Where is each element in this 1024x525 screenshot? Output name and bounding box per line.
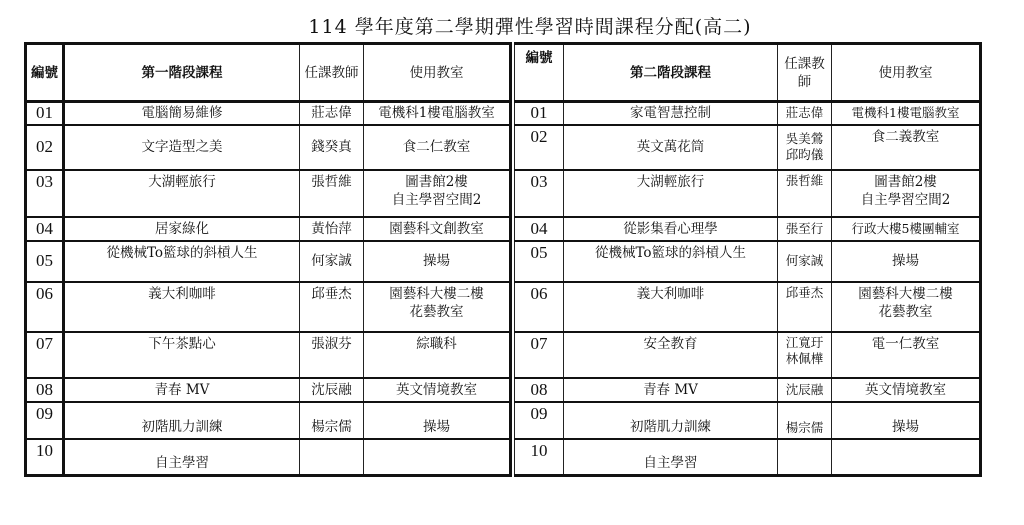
row-teacher: 沈辰融 <box>778 378 832 402</box>
row-room: 電一仁教室 <box>832 332 981 378</box>
table-row: 08 青春 MV 沈辰融 英文情境教室 <box>515 378 981 402</box>
teacher-line-2: 邱昀儀 <box>778 147 831 163</box>
header-teacher: 任課教師 <box>778 44 832 102</box>
table-row: 02 文字造型之美 錢癸真 食二仁教室 <box>26 125 511 170</box>
table-row: 05 從機械To籃球的斜槓人生 何家誠 操場 <box>515 241 981 282</box>
room-line-1: 圖書館2樓 <box>364 173 509 191</box>
row-id: 03 <box>26 170 64 217</box>
table-row: 07 安全教育 江寬玗 林佩樺 電一仁教室 <box>515 332 981 378</box>
table-row: 09 初階肌力訓練 楊宗儒 操場 <box>515 402 981 439</box>
stage1-header-row: 編號 第一階段課程 任課教師 使用教室 <box>26 44 511 102</box>
row-room: 食二義教室 <box>832 125 981 170</box>
header-room: 使用教室 <box>364 44 511 102</box>
row-course: 自主學習 <box>564 439 778 476</box>
row-course: 初階肌力訓練 <box>564 402 778 439</box>
row-course: 從機械To籃球的斜槓人生 <box>64 241 300 282</box>
table-row: 01 家電智慧控制 莊志偉 電機科1樓電腦教室 <box>515 102 981 125</box>
row-room: 食二仁教室 <box>364 125 511 170</box>
row-room: 圖書館2樓 自主學習空間2 <box>832 170 981 217</box>
table-row: 07 下午茶點心 張淑芬 綜職科 <box>26 332 511 378</box>
row-room: 操場 <box>832 241 981 282</box>
row-teacher: 黃怡萍 <box>300 217 364 241</box>
room-line-1: 圖書館2樓 <box>832 173 979 191</box>
row-course: 從影集看心理學 <box>564 217 778 241</box>
row-id: 08 <box>515 378 564 402</box>
row-id: 06 <box>515 282 564 332</box>
row-course: 義大利咖啡 <box>564 282 778 332</box>
header-teacher: 任課教師 <box>300 44 364 102</box>
room-line-2: 自主學習空間2 <box>832 191 979 209</box>
room-line-1: 園藝科大樓二樓 <box>364 285 509 303</box>
stage1-table: 編號 第一階段課程 任課教師 使用教室 01 電腦簡易維修 莊志偉 電機科1樓電… <box>24 42 512 477</box>
row-course: 電腦簡易維修 <box>64 102 300 125</box>
row-room: 英文情境教室 <box>832 378 981 402</box>
row-teacher <box>300 439 364 476</box>
stage2-header-row: 編號 第二階段課程 任課教師 使用教室 <box>515 44 981 102</box>
row-id: 03 <box>515 170 564 217</box>
row-teacher: 何家誠 <box>778 241 832 282</box>
row-id: 06 <box>26 282 64 332</box>
row-teacher: 何家誠 <box>300 241 364 282</box>
row-id: 04 <box>515 217 564 241</box>
row-room: 行政大樓5樓團輔室 <box>832 217 981 241</box>
header-course: 第一階段課程 <box>64 44 300 102</box>
row-room: 園藝科大樓二樓 花藝教室 <box>364 282 511 332</box>
row-course: 居家綠化 <box>64 217 300 241</box>
table-row: 02 英文萬花筒 吳美鶯 邱昀儀 食二義教室 <box>515 125 981 170</box>
row-course: 義大利咖啡 <box>64 282 300 332</box>
row-course: 大湖輕旅行 <box>564 170 778 217</box>
row-course: 文字造型之美 <box>64 125 300 170</box>
row-id: 05 <box>26 241 64 282</box>
row-teacher: 張至行 <box>778 217 832 241</box>
row-course: 從機械To籃球的斜槓人生 <box>564 241 778 282</box>
room-line-2: 花藝教室 <box>364 303 509 321</box>
row-room: 園藝科大樓二樓 花藝教室 <box>832 282 981 332</box>
row-teacher: 江寬玗 林佩樺 <box>778 332 832 378</box>
row-teacher: 莊志偉 <box>778 102 832 125</box>
row-course: 英文萬花筒 <box>564 125 778 170</box>
row-id: 02 <box>515 125 564 170</box>
stage2-table: 編號 第二階段課程 任課教師 使用教室 01 家電智慧控制 莊志偉 電機科1樓電… <box>514 42 982 477</box>
page-title: 114 學年度第二學期彈性學習時間課程分配(高二) <box>0 12 1024 39</box>
row-id: 01 <box>515 102 564 125</box>
row-teacher: 錢癸真 <box>300 125 364 170</box>
row-id: 09 <box>515 402 564 439</box>
header-room: 使用教室 <box>832 44 981 102</box>
row-room <box>832 439 981 476</box>
row-id: 01 <box>26 102 64 125</box>
row-room: 操場 <box>364 241 511 282</box>
row-room: 綜職科 <box>364 332 511 378</box>
row-room: 英文情境教室 <box>364 378 511 402</box>
table-row: 10 自主學習 <box>515 439 981 476</box>
row-id: 08 <box>26 378 64 402</box>
table-row: 03 大湖輕旅行 張哲維 圖書館2樓 自主學習空間2 <box>26 170 511 217</box>
row-teacher: 楊宗儒 <box>300 402 364 439</box>
row-teacher <box>778 439 832 476</box>
row-teacher: 吳美鶯 邱昀儀 <box>778 125 832 170</box>
row-room: 操場 <box>832 402 981 439</box>
row-room: 電機科1樓電腦教室 <box>364 102 511 125</box>
row-course: 自主學習 <box>64 439 300 476</box>
row-teacher: 莊志偉 <box>300 102 364 125</box>
row-id: 04 <box>26 217 64 241</box>
row-course: 青春 MV <box>64 378 300 402</box>
header-id: 編號 <box>515 44 564 102</box>
row-teacher: 楊宗儒 <box>778 402 832 439</box>
table-row: 08 青春 MV 沈辰融 英文情境教室 <box>26 378 511 402</box>
room-line-2: 花藝教室 <box>832 303 979 321</box>
row-teacher: 張哲維 <box>778 170 832 217</box>
row-teacher: 沈辰融 <box>300 378 364 402</box>
table-row: 04 從影集看心理學 張至行 行政大樓5樓團輔室 <box>515 217 981 241</box>
teacher-line-2: 林佩樺 <box>778 351 831 367</box>
row-room <box>364 439 511 476</box>
table-row: 06 義大利咖啡 邱垂杰 園藝科大樓二樓 花藝教室 <box>26 282 511 332</box>
row-course: 安全教育 <box>564 332 778 378</box>
room-line-1: 園藝科大樓二樓 <box>832 285 979 303</box>
table-row: 03 大湖輕旅行 張哲維 圖書館2樓 自主學習空間2 <box>515 170 981 217</box>
row-id: 10 <box>26 439 64 476</box>
table-row: 10 自主學習 <box>26 439 511 476</box>
table-row: 04 居家綠化 黃怡萍 園藝科文創教室 <box>26 217 511 241</box>
table-row: 09 初階肌力訓練 楊宗儒 操場 <box>26 402 511 439</box>
row-course: 下午茶點心 <box>64 332 300 378</box>
table-row: 01 電腦簡易維修 莊志偉 電機科1樓電腦教室 <box>26 102 511 125</box>
row-teacher: 張淑芬 <box>300 332 364 378</box>
row-id: 10 <box>515 439 564 476</box>
row-room: 操場 <box>364 402 511 439</box>
row-teacher: 邱垂杰 <box>300 282 364 332</box>
header-id: 編號 <box>26 44 64 102</box>
table-row: 06 義大利咖啡 邱垂杰 園藝科大樓二樓 花藝教室 <box>515 282 981 332</box>
row-teacher: 張哲維 <box>300 170 364 217</box>
row-room: 圖書館2樓 自主學習空間2 <box>364 170 511 217</box>
header-course: 第二階段課程 <box>564 44 778 102</box>
row-course: 初階肌力訓練 <box>64 402 300 439</box>
row-id: 07 <box>515 332 564 378</box>
row-teacher: 邱垂杰 <box>778 282 832 332</box>
row-course: 青春 MV <box>564 378 778 402</box>
teacher-line-1: 吳美鶯 <box>778 131 831 147</box>
row-room: 園藝科文創教室 <box>364 217 511 241</box>
room-line-2: 自主學習空間2 <box>364 191 509 209</box>
table-row: 05 從機械To籃球的斜槓人生 何家誠 操場 <box>26 241 511 282</box>
schedule-tables: 編號 第一階段課程 任課教師 使用教室 01 電腦簡易維修 莊志偉 電機科1樓電… <box>24 42 982 477</box>
row-id: 09 <box>26 402 64 439</box>
row-id: 05 <box>515 241 564 282</box>
row-course: 家電智慧控制 <box>564 102 778 125</box>
teacher-line-1: 江寬玗 <box>778 335 831 351</box>
row-id: 07 <box>26 332 64 378</box>
row-course: 大湖輕旅行 <box>64 170 300 217</box>
row-room: 電機科1樓電腦教室 <box>832 102 981 125</box>
row-id: 02 <box>26 125 64 170</box>
